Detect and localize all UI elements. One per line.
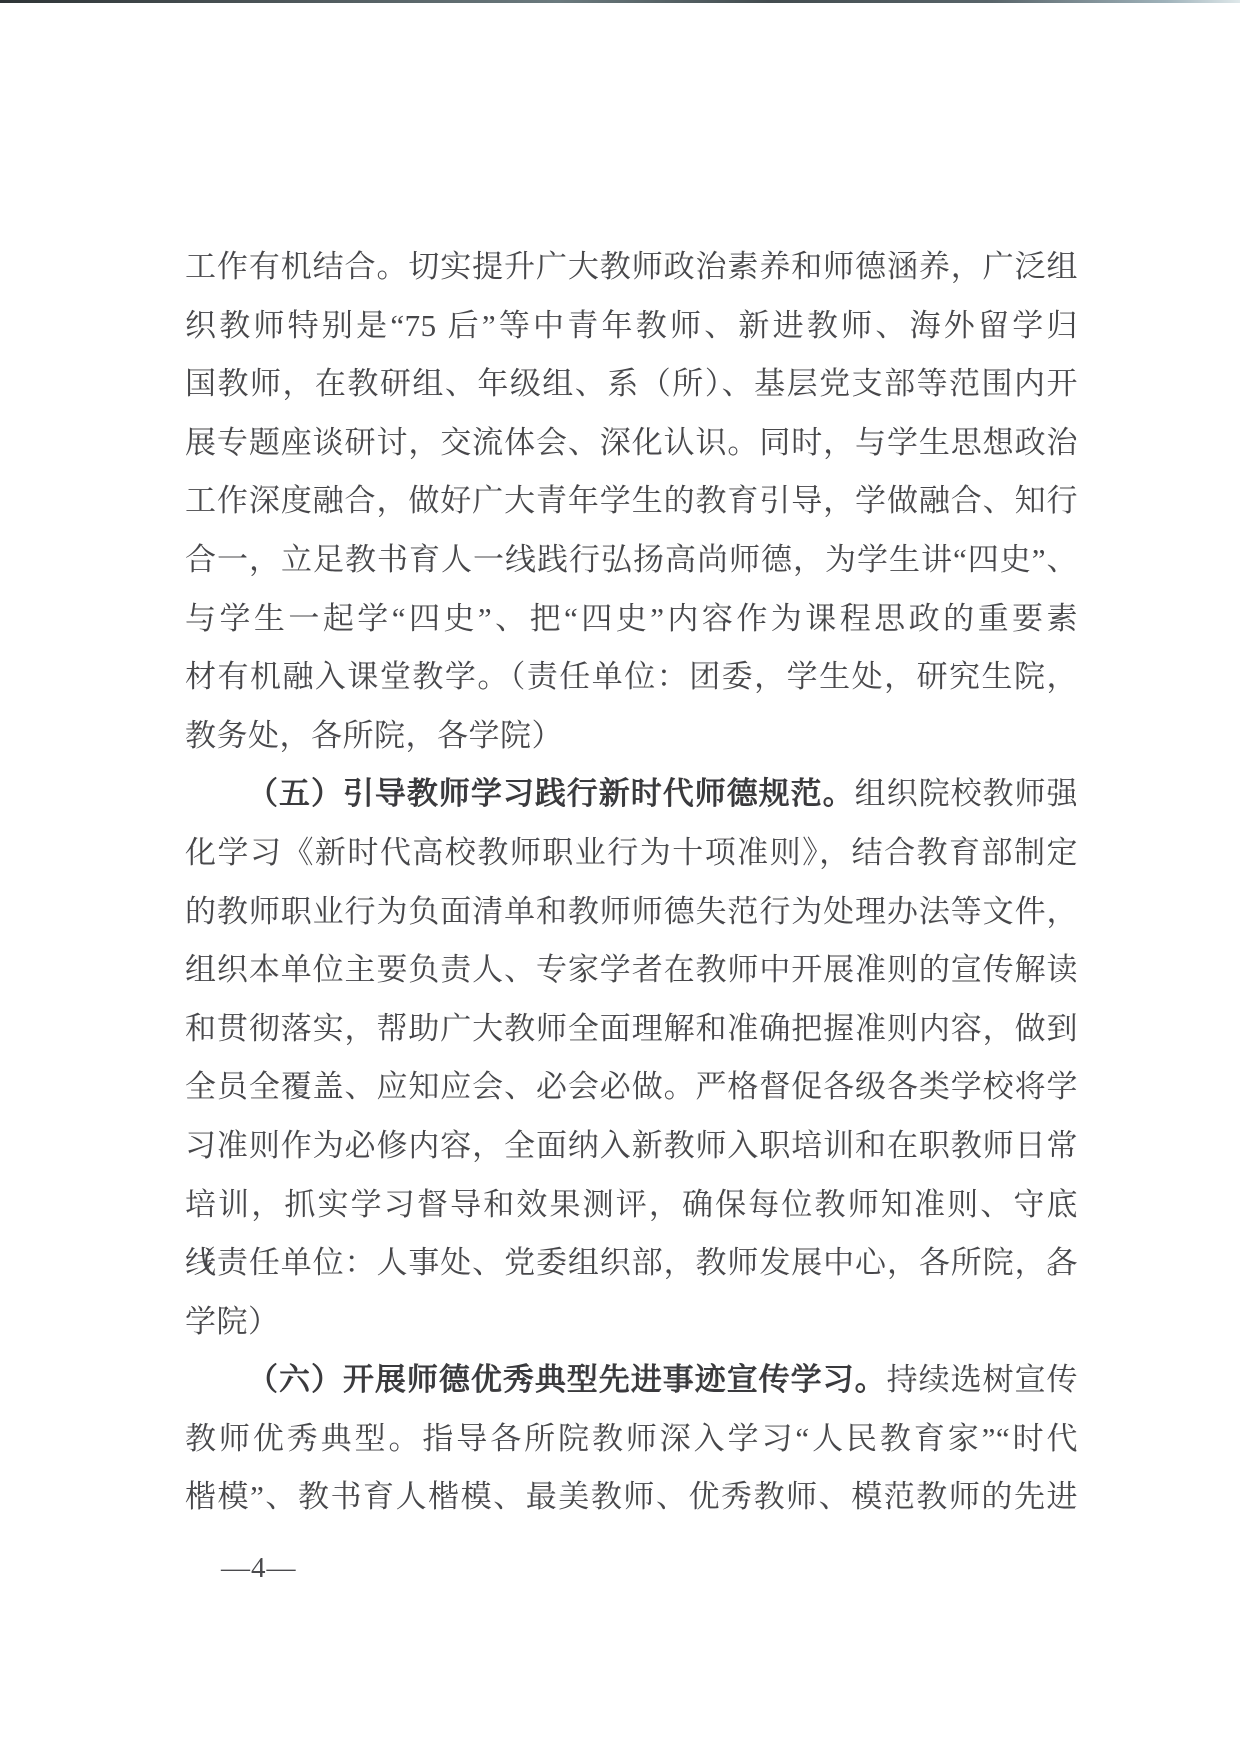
text-line: 组织本单位主要负责人、专家学者在教师中开展准则的宣传解读 — [185, 941, 1078, 1000]
text-run: 展专题座谈研讨，交流体会、深化认识。同时，与学生思想政治 — [185, 425, 1078, 460]
text-line: 材有机融入课堂教学。（责任单位：团委，学生处，研究生院， — [185, 648, 1078, 707]
text-line: 合一，立足教书育人一线践行弘扬高尚师德，为学生讲“四史”、 — [185, 531, 1078, 590]
text-run: 工作深度融合，做好广大青年学生的教育引导，学做融合、知行 — [185, 483, 1078, 518]
text-run: 楷模”、教书育人楷模、最美教师、优秀教师、模范教师的先进 — [185, 1479, 1078, 1514]
text-run: 化学习《新时代高校教师职业行为十项准则》，结合教育部制定 — [185, 835, 1078, 870]
text-line: 的教师职业行为负面清单和教师师德失范行为处理办法等文件， — [185, 883, 1078, 942]
text-run: 工作有机结合。切实提升广大教师政治素养和师德涵养，广泛组 — [185, 249, 1078, 284]
text-line: （五）引导教师学习践行新时代师德规范。组织院校教师强 — [185, 765, 1078, 824]
text-run: 学院） — [185, 1304, 280, 1339]
text-line: 化学习《新时代高校教师职业行为十项准则》，结合教育部制定 — [185, 824, 1078, 883]
text-line: 楷模”、教书育人楷模、最美教师、优秀教师、模范教师的先进 — [185, 1468, 1078, 1527]
text-line: 习准则作为必修内容，全面纳入新教师入职培训和在职教师日常 — [185, 1117, 1078, 1176]
text-run: 组织院校教师强 — [855, 776, 1078, 811]
text-line: 教务处，各所院，各学院） — [185, 707, 1078, 766]
text-line: 织教师特别是“75 后”等中青年教师、新进教师、海外留学归 — [185, 297, 1078, 356]
text-line: 培训，抓实学习督导和效果测评，确保每位教师知准则、守底线。 — [185, 1176, 1078, 1235]
text-run: 材有机融入课堂教学。（责任单位：团委，学生处，研究生院， — [185, 659, 1078, 694]
text-run: 国教师，在教研组、年级组、系（所）、基层党支部等范围内开 — [185, 366, 1078, 401]
text-run: 全员全覆盖、应知应会、必会必做。严格督促各级各类学校将学 — [185, 1069, 1078, 1104]
text-line: 工作深度融合，做好广大青年学生的教育引导，学做融合、知行 — [185, 472, 1078, 531]
text-run: （责任单位：人事处、党委组织部，教师发展中心，各所院，各 — [185, 1245, 1078, 1280]
text-line: 国教师，在教研组、年级组、系（所）、基层党支部等范围内开 — [185, 355, 1078, 414]
page-number: —4— — [221, 1551, 297, 1585]
text-run: 组织本单位主要负责人、专家学者在教师中开展准则的宣传解读 — [185, 952, 1078, 987]
text-run: 教务处，各所院，各学院） — [185, 718, 563, 753]
text-run: 织教师特别是“75 后”等中青年教师、新进教师、海外留学归 — [185, 308, 1078, 343]
clause-heading-run: （五）引导教师学习践行新时代师德规范。 — [247, 776, 855, 811]
text-line: （六）开展师德优秀典型先进事迹宣传学习。持续选树宣传 — [185, 1351, 1078, 1410]
text-run: 持续选树宣传 — [887, 1362, 1078, 1397]
scanned-document-page: { "page": { "number_label": "—4—" }, "co… — [0, 0, 1240, 1753]
text-run: 和贯彻落实，帮助广大教师全面理解和准确把握准则内容，做到 — [185, 1011, 1078, 1046]
text-run: 合一，立足教书育人一线践行弘扬高尚师德，为学生讲“四史”、 — [185, 542, 1078, 577]
text-line: 学院） — [185, 1293, 1078, 1352]
text-line: 与学生一起学“四史”、把“四史”内容作为课程思政的重要素 — [185, 590, 1078, 649]
text-line: 工作有机结合。切实提升广大教师政治素养和师德涵养，广泛组 — [185, 238, 1078, 297]
text-run: 教师优秀典型。指导各所院教师深入学习“人民教育家”“时代 — [185, 1421, 1078, 1456]
text-line: （责任单位：人事处、党委组织部，教师发展中心，各所院，各 — [185, 1234, 1078, 1293]
text-line: 和贯彻落实，帮助广大教师全面理解和准确把握准则内容，做到 — [185, 1000, 1078, 1059]
text-run: 习准则作为必修内容，全面纳入新教师入职培训和在职教师日常 — [185, 1128, 1078, 1163]
scan-edge-artifact — [0, 0, 1240, 3]
text-run: 与学生一起学“四史”、把“四史”内容作为课程思政的重要素 — [185, 601, 1078, 636]
text-line: 全员全覆盖、应知应会、必会必做。严格督促各级各类学校将学 — [185, 1058, 1078, 1117]
document-body: 工作有机结合。切实提升广大教师政治素养和师德涵养，广泛组织教师特别是“75 后”… — [185, 238, 1078, 1527]
text-line: 教师优秀典型。指导各所院教师深入学习“人民教育家”“时代 — [185, 1410, 1078, 1469]
text-run: 的教师职业行为负面清单和教师师德失范行为处理办法等文件， — [185, 894, 1078, 929]
clause-heading-run: （六）开展师德优秀典型先进事迹宣传学习。 — [247, 1362, 887, 1397]
text-line: 展专题座谈研讨，交流体会、深化认识。同时，与学生思想政治 — [185, 414, 1078, 473]
